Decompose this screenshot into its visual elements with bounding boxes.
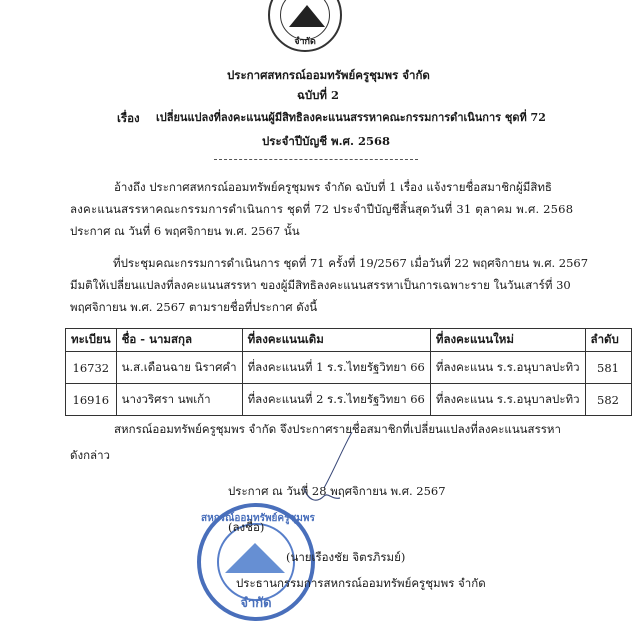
cell-order: 581 — [585, 352, 631, 384]
header-new-location: ที่ลงคะแนนใหม่ — [430, 329, 585, 352]
signer-title: ประธานกรรมการสหกรณ์ออมทรัพย์ครูชุมพร จำก… — [236, 576, 486, 590]
para1-line3: ประกาศ ณ วันที่ 6 พฤศจิกายน พ.ศ. 2567 นั… — [70, 224, 300, 238]
table-header-row: ทะเบียน ชื่อ - นามสกุล ที่ลงคะแนนเดิม ที… — [66, 329, 632, 352]
para2-line2: มีมติให้เปลี่ยนแปลงที่ลงคะแนนสรรหา ของผู… — [70, 278, 571, 292]
header-order: ลำดับ — [585, 329, 631, 352]
table-row: 16916 นางวริศรา นพเก้า ที่ลงคะแนนที่ 2 ร… — [66, 384, 632, 416]
closing-line2: ดังกล่าว — [70, 448, 110, 462]
cell-new-location: ที่ลงคะแนน ร.ร.อนุบาลปะทิว — [430, 352, 585, 384]
cell-old-location: ที่ลงคะแนนที่ 1 ร.ร.ไทยรัฐวิทยา 66 — [242, 352, 430, 384]
dashed-separator — [214, 159, 418, 160]
cell-member-id: 16916 — [66, 384, 117, 416]
subject-text: เปลี่ยนแปลงที่ลงคะแนนผู้มีสิทธิลงคะแนนสร… — [156, 111, 546, 125]
cooperative-seal-logo: จำกัด — [268, 0, 342, 52]
stamp-bottom-text: จำกัด — [201, 592, 311, 613]
table-row: 16732 น.ส.เดือนฉาย นิราศคำ ที่ลงคะแนนที่… — [66, 352, 632, 384]
issue-number: ฉบับที่ 2 — [297, 88, 339, 102]
para1-line1: อ้างถึง ประกาศสหกรณ์ออมทรัพย์ครูชุมพร จำ… — [114, 180, 552, 194]
fiscal-year: ประจำปีบัญชี พ.ศ. 2568 — [262, 134, 390, 148]
announcement-date: ประกาศ ณ วันที่ 28 พฤศจิกายน พ.ศ. 2567 — [228, 484, 446, 498]
signer-name: (นายเรืองชัย จิตรภิรมย์) — [286, 550, 405, 564]
cell-old-location: ที่ลงคะแนนที่ 2 ร.ร.ไทยรัฐวิทยา 66 — [242, 384, 430, 416]
signed-label: (ลงชื่อ) — [228, 520, 264, 534]
seal-caption: จำกัด — [270, 34, 340, 48]
cell-order: 582 — [585, 384, 631, 416]
cell-new-location: ที่ลงคะแนน ร.ร.อนุบาลปะทิว — [430, 384, 585, 416]
mountain-emblem-icon — [289, 5, 325, 27]
cell-name: นางวริศรา นพเก้า — [116, 384, 242, 416]
cell-name: น.ส.เดือนฉาย นิราศคำ — [116, 352, 242, 384]
para2-line1: ที่ประชุมคณะกรรมการดำเนินการ ชุดที่ 71 ค… — [113, 256, 588, 270]
header-member-id: ทะเบียน — [66, 329, 117, 352]
cell-member-id: 16732 — [66, 352, 117, 384]
header-name: ชื่อ - นามสกุล — [116, 329, 242, 352]
stamp-mountain-icon — [225, 543, 285, 573]
signature-stroke-icon — [294, 430, 354, 510]
voting-location-change-table: ทะเบียน ชื่อ - นามสกุล ที่ลงคะแนนเดิม ที… — [65, 328, 632, 416]
header-old-location: ที่ลงคะแนนเดิม — [242, 329, 430, 352]
subject-label: เรื่อง — [117, 111, 140, 125]
para2-line3: พฤศจิกายน พ.ศ. 2567 ตามรายชื่อที่ประกาศ … — [70, 300, 317, 314]
para1-line2: ลงคะแนนสรรหาคณะกรรมการดำเนินการ ชุดที่ 7… — [70, 202, 573, 216]
announcement-org-title: ประกาศสหกรณ์ออมทรัพย์ครูชุมพร จำกัด — [227, 68, 430, 82]
